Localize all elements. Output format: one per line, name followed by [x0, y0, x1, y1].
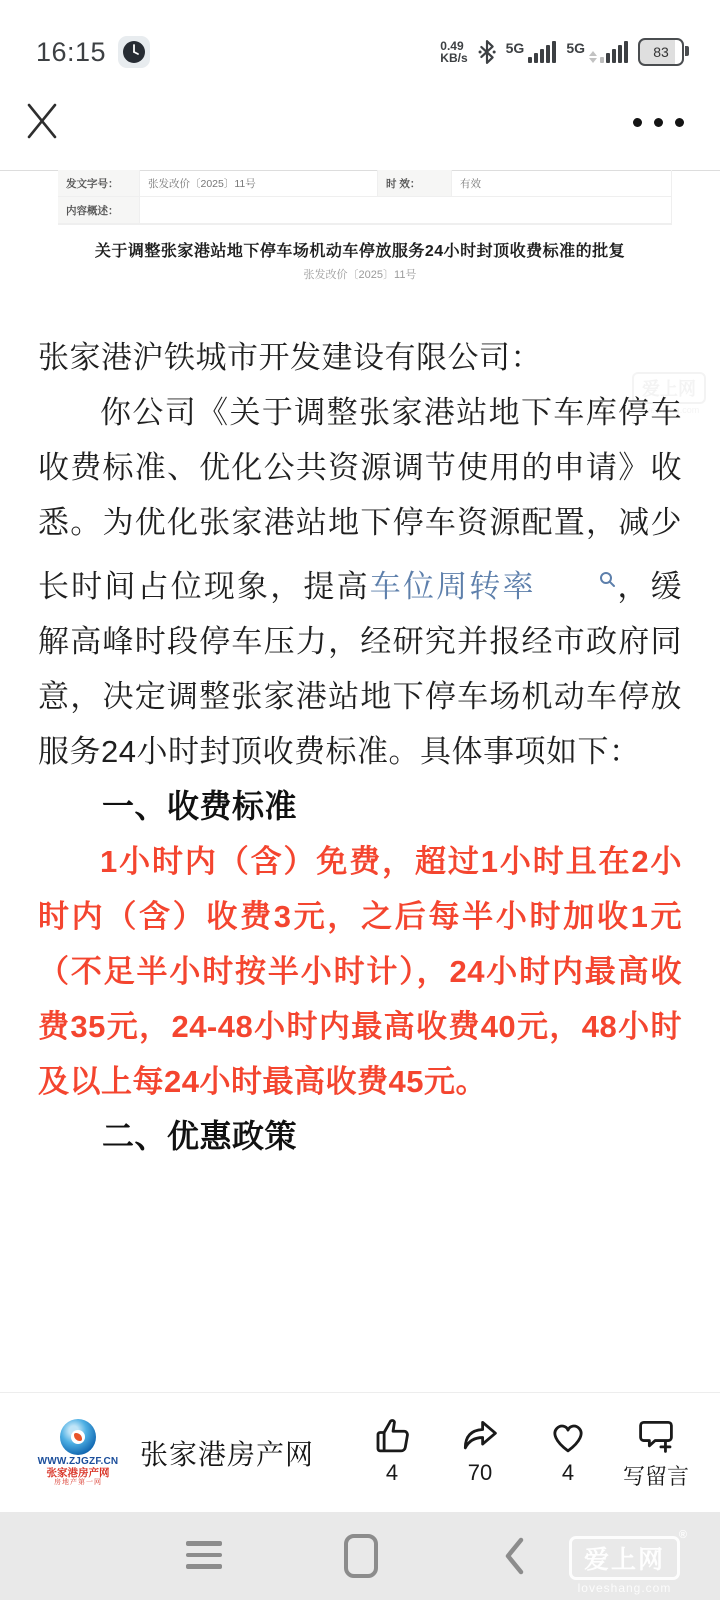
- status-bar: 16:15 0.49 KB/s 5G 5G: [0, 0, 720, 90]
- comment-label: 写留言: [623, 1460, 689, 1491]
- meta-validity-value: 有效: [452, 170, 672, 197]
- site-logo-slogan: 房地产第一网: [54, 1479, 102, 1486]
- document-number: 张发改价〔2025〕11号: [50, 266, 670, 282]
- article-body: 张家港沪铁城市开发建设有限公司： 你公司《关于调整张家港站地下车库停车收费标准、…: [38, 330, 682, 1164]
- parking-turnover-link-text: 车位周转率: [370, 569, 536, 604]
- action-buttons: 4 70 4 写留言: [352, 1415, 696, 1491]
- nav-back-button[interactable]: [504, 1537, 526, 1580]
- back-chevron-icon: [504, 1537, 526, 1575]
- app-header: [0, 96, 720, 152]
- site-logo-name: 张家港房产网: [47, 1468, 110, 1479]
- close-button[interactable]: [24, 100, 60, 142]
- navbar-watermark-title: 爱上网: [584, 1546, 665, 1574]
- battery-percent: 83: [653, 44, 669, 60]
- close-icon: [24, 100, 60, 142]
- site-logo[interactable]: WWW.ZJGZF.CN 张家港房产网 房地产第一网: [28, 1419, 128, 1486]
- alarm-icon: [118, 36, 150, 68]
- battery-icon: 83: [638, 38, 684, 66]
- more-menu-button[interactable]: [633, 118, 684, 127]
- clock-time: 16:15: [36, 37, 106, 68]
- section2-heading: 二、优惠政策: [38, 1109, 682, 1164]
- network-speed: 0.49 KB/s: [440, 40, 467, 64]
- registered-mark: ®: [679, 1529, 689, 1541]
- intro-paragraph: 你公司《关于调整张家港站地下车库停车收费标准、优化公共资源调节使用的申请》收悉。…: [38, 385, 682, 779]
- favorite-count: 4: [562, 1460, 574, 1486]
- document-meta-table: 发文字号： 张发改价〔2025〕11号 时 效： 有效 内容概述：: [58, 170, 672, 225]
- salutation: 张家港沪铁城市开发建设有限公司：: [38, 330, 682, 385]
- parking-turnover-link[interactable]: 车位周转率: [370, 569, 616, 604]
- site-logo-icon: [60, 1419, 96, 1455]
- navbar-watermark: 爱上网® loveshang.com: [569, 1536, 680, 1595]
- nav-home-button[interactable]: [344, 1534, 378, 1578]
- section1-fee-text: 1小时内（含）免费，超过1小时且在2小时内（含）收费3元，之后每半小时加收1元（…: [38, 834, 682, 1109]
- status-right: 0.49 KB/s 5G 5G 83: [440, 38, 684, 66]
- like-count: 4: [386, 1460, 398, 1486]
- more-dots-icon: [633, 118, 642, 127]
- favorite-button[interactable]: 4: [528, 1415, 608, 1491]
- sim1-signal-bars-icon: [528, 41, 556, 63]
- publisher-name[interactable]: 张家港房产网: [140, 1433, 314, 1473]
- data-activity-icon: [589, 51, 597, 63]
- signal-sim1: 5G: [506, 41, 557, 63]
- bluetooth-icon: [478, 39, 496, 65]
- comment-plus-icon: [635, 1415, 677, 1457]
- document-title: 关于调整张家港站地下停车场机动车停放服务24小时封顶收费标准的批复: [50, 238, 670, 261]
- thumbs-up-icon: [371, 1415, 413, 1457]
- network-speed-unit: KB/s: [440, 52, 467, 64]
- heart-icon: [547, 1415, 589, 1457]
- sim2-signal-bars-icon: [600, 41, 628, 63]
- engagement-bar: WWW.ZJGZF.CN 张家港房产网 房地产第一网 张家港房产网 4 70 4: [0, 1392, 720, 1512]
- android-nav-bar: 爱上网® loveshang.com: [0, 1512, 720, 1600]
- comment-button[interactable]: 写留言: [616, 1415, 696, 1491]
- alarm-icon-svg: [122, 40, 146, 64]
- meta-summary-label: 内容概述：: [58, 197, 140, 224]
- status-left: 16:15: [36, 36, 150, 68]
- sim1-network-type: 5G: [506, 41, 525, 55]
- search-icon: [537, 550, 616, 605]
- nav-menu-button[interactable]: [186, 1541, 222, 1569]
- share-icon: [459, 1415, 501, 1457]
- meta-validity-label: 时 效：: [378, 170, 452, 197]
- navbar-watermark-box: 爱上网®: [569, 1536, 680, 1580]
- sim2-network-type: 5G: [566, 41, 585, 55]
- meta-doc-no-label: 发文字号：: [58, 170, 140, 197]
- menu-icon: [186, 1541, 222, 1546]
- like-button[interactable]: 4: [352, 1415, 432, 1491]
- signal-sim2: 5G: [566, 41, 628, 63]
- navbar-watermark-sub: loveshang.com: [569, 1581, 680, 1595]
- section1-heading: 一、收费标准: [38, 779, 682, 834]
- share-count: 70: [468, 1460, 492, 1486]
- share-button[interactable]: 70: [440, 1415, 520, 1491]
- site-logo-url: WWW.ZJGZF.CN: [38, 1457, 119, 1468]
- meta-doc-no-value: 张发改价〔2025〕11号: [140, 170, 378, 197]
- meta-summary-value: [140, 197, 672, 224]
